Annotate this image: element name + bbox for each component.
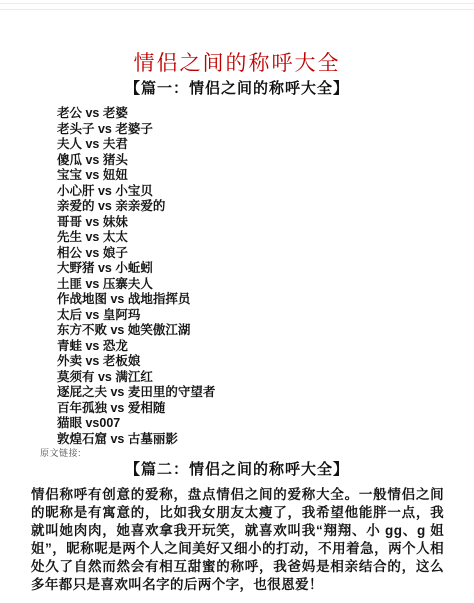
nickname-pair-item: 作战地图 vs 战地指挥员 [57, 292, 474, 308]
nickname-pair-item: 亲爱的 vs 亲亲爱的 [57, 199, 474, 215]
nickname-pair-item: 莫须有 vs 满江红 [57, 370, 474, 386]
nickname-pair-list: 老公 vs 老婆老头子 vs 老婆子夫人 vs 夫君傻瓜 vs 猪头宝宝 vs … [57, 106, 474, 447]
section1-heading: 【篇一：情侣之间的称呼大全】 [0, 76, 474, 99]
page-title: 情侣之间的称呼大全 [0, 0, 474, 76]
nickname-pair-item: 老头子 vs 老婆子 [57, 122, 474, 138]
nickname-pair-item: 太后 vs 皇阿玛 [57, 308, 474, 324]
nickname-pair-item: 夫人 vs 夫君 [57, 137, 474, 153]
nickname-pair-item: 大野猪 vs 小蚯蚓 [57, 261, 474, 277]
nickname-pair-item: 傻瓜 vs 猪头 [57, 153, 474, 169]
nickname-pair-item: 外卖 vs 老板娘 [57, 354, 474, 370]
nickname-pair-item: 先生 vs 太太 [57, 230, 474, 246]
body-paragraph: 情侣称呼有创意的爱称，盘点情侣之间的爱称大全。一般情侣之间的昵称是有寓意的，比如… [31, 486, 444, 594]
nickname-pair-item: 逐屁之夫 vs 麦田里的守望者 [57, 385, 474, 401]
nickname-pair-item: 哥哥 vs 妹妹 [57, 215, 474, 231]
nickname-pair-item: 东方不败 vs 她笑傲江湖 [57, 323, 474, 339]
top-divider-2 [0, 9, 474, 10]
nickname-pair-item: 相公 vs 娘子 [57, 246, 474, 262]
nickname-pair-item: 猫眼 vs007 [57, 416, 474, 432]
nickname-pair-item: 小心肝 vs 小宝贝 [57, 184, 474, 200]
nickname-pair-item: 青蛙 vs 恐龙 [57, 339, 474, 355]
section2-heading: 【篇二：情侣之间的称呼大全】 [0, 458, 474, 480]
source-link-label: 原文链接: [40, 448, 474, 458]
nickname-pair-item: 宝宝 vs 妞妞 [57, 168, 474, 184]
document-page: 情侣之间的称呼大全 【篇一：情侣之间的称呼大全】 老公 vs 老婆老头子 vs … [0, 0, 474, 603]
nickname-pair-item: 土匪 vs 压寨夫人 [57, 277, 474, 293]
nickname-pair-item: 敦煌石窟 vs 古墓丽影 [57, 432, 474, 448]
nickname-pair-item: 百年孤独 vs 爱相随 [57, 401, 474, 417]
top-divider [0, 3, 474, 4]
nickname-pair-item: 老公 vs 老婆 [57, 106, 474, 122]
